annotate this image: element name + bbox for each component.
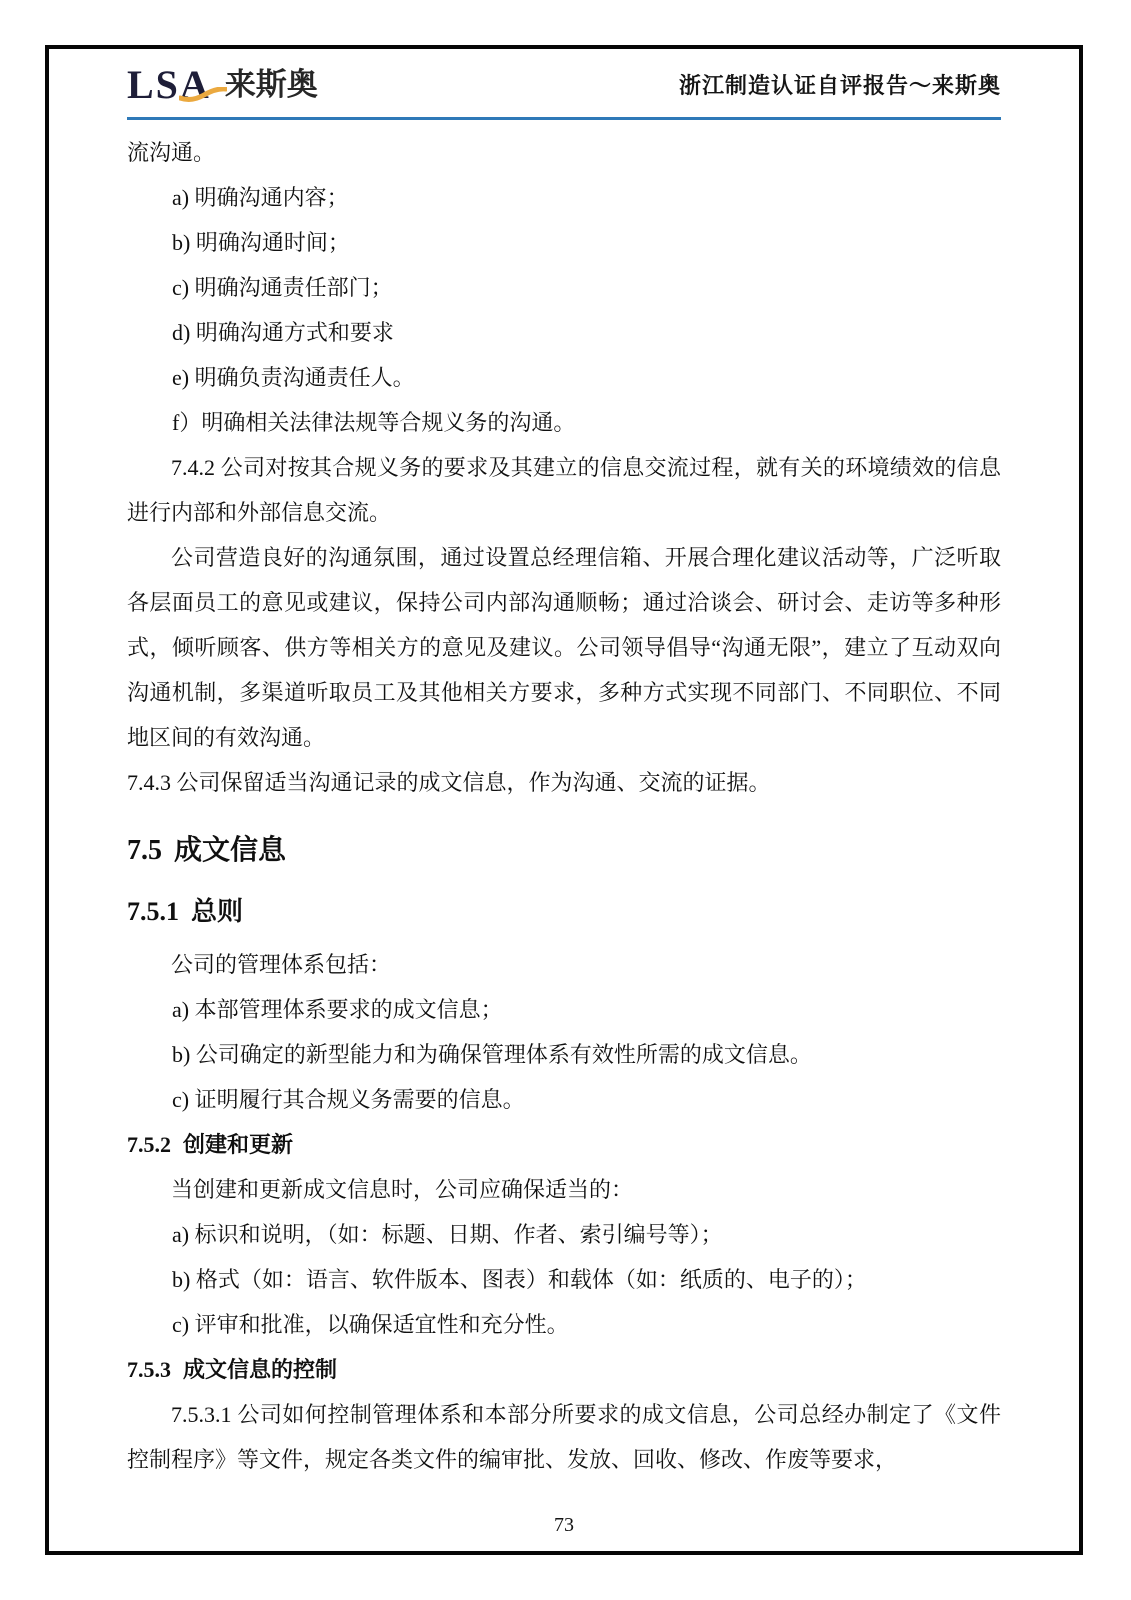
list-item-comm-c: c) 明确沟通责任部门； <box>127 265 1001 310</box>
list-item-create-b: b) 格式（如：语言、软件版本、图表）和载体（如：纸质的、电子的）； <box>127 1257 1001 1302</box>
section-number: 7.5.2 <box>127 1132 171 1157</box>
page-header: LSA 来斯奥 浙江制造认证自评报告～来斯奥 <box>127 49 1001 120</box>
list-item-comm-a: a) 明确沟通内容； <box>127 175 1001 220</box>
list-item-create-a: a) 标识和说明，（如：标题、日期、作者、索引编号等）； <box>127 1212 1001 1257</box>
section-heading-7-5-1: 7.5.1总则 <box>127 888 1001 936</box>
list-item-comm-f: f）明确相关法律法规等合规义务的沟通。 <box>127 400 1001 445</box>
paragraph-7-5-3-1: 7.5.3.1 公司如何控制管理体系和本部分所要求的成文信息，公司总经办制定了《… <box>127 1392 1001 1482</box>
section-number: 7.5.1 <box>127 897 179 926</box>
list-item-system-c: c) 证明履行其合规义务需要的信息。 <box>127 1077 1001 1122</box>
list-item-create-c: c) 评审和批准，以确保适宜性和充分性。 <box>127 1302 1001 1347</box>
logo-chinese-name: 来斯奥 <box>225 69 318 102</box>
section-title: 总则 <box>191 897 243 926</box>
list-item-comm-d: d) 明确沟通方式和要求 <box>127 310 1001 355</box>
section-heading-7-5-2: 7.5.2创建和更新 <box>127 1122 1001 1167</box>
section-title: 成文信息 <box>174 835 286 866</box>
page: LSA 来斯奥 浙江制造认证自评报告～来斯奥 流沟通。 a) 明确沟通内容； b… <box>49 49 1079 1551</box>
page-number: 73 <box>49 1514 1079 1537</box>
paragraph-7-4-3: 7.4.3 公司保留适当沟通记录的成文信息，作为沟通、交流的证据。 <box>127 760 1001 805</box>
list-item-system-a: a) 本部管理体系要求的成文信息； <box>127 987 1001 1032</box>
paragraph-create-update: 当创建和更新成文信息时，公司应确保适当的： <box>127 1167 1001 1212</box>
section-title: 成文信息的控制 <box>183 1357 337 1382</box>
company-logo: LSA 来斯奥 <box>127 65 318 105</box>
list-item-comm-b: b) 明确沟通时间； <box>127 220 1001 265</box>
section-heading-7-5: 7.5成文信息 <box>127 826 1001 876</box>
section-number: 7.5.3 <box>127 1357 171 1382</box>
paragraph-intro-continuation: 流沟通。 <box>127 130 1001 175</box>
section-heading-7-5-3: 7.5.3成文信息的控制 <box>127 1347 1001 1392</box>
list-item-comm-e: e) 明确负责沟通责任人。 <box>127 355 1001 400</box>
logo-lsa-letters: LSA <box>127 62 211 107</box>
list-item-system-b: b) 公司确定的新型能力和为确保管理体系有效性所需的成文信息。 <box>127 1032 1001 1077</box>
document-body: 流沟通。 a) 明确沟通内容； b) 明确沟通时间； c) 明确沟通责任部门； … <box>127 120 1001 1482</box>
section-number: 7.5 <box>127 835 162 866</box>
page-border-frame: LSA 来斯奥 浙江制造认证自评报告～来斯奥 流沟通。 a) 明确沟通内容； b… <box>45 45 1083 1555</box>
section-title: 创建和更新 <box>183 1132 293 1157</box>
paragraph-7-4-2: 7.4.2 公司对按其合规义务的要求及其建立的信息交流过程，就有关的环境绩效的信… <box>127 445 1001 535</box>
paragraph-system-includes: 公司的管理体系包括： <box>127 942 1001 987</box>
document-title: 浙江制造认证自评报告～来斯奥 <box>679 69 1001 105</box>
paragraph-communication-atmosphere: 公司营造良好的沟通氛围，通过设置总经理信箱、开展合理化建议活动等，广泛听取各层面… <box>127 535 1001 760</box>
logo-lsa-text: LSA <box>127 65 211 105</box>
